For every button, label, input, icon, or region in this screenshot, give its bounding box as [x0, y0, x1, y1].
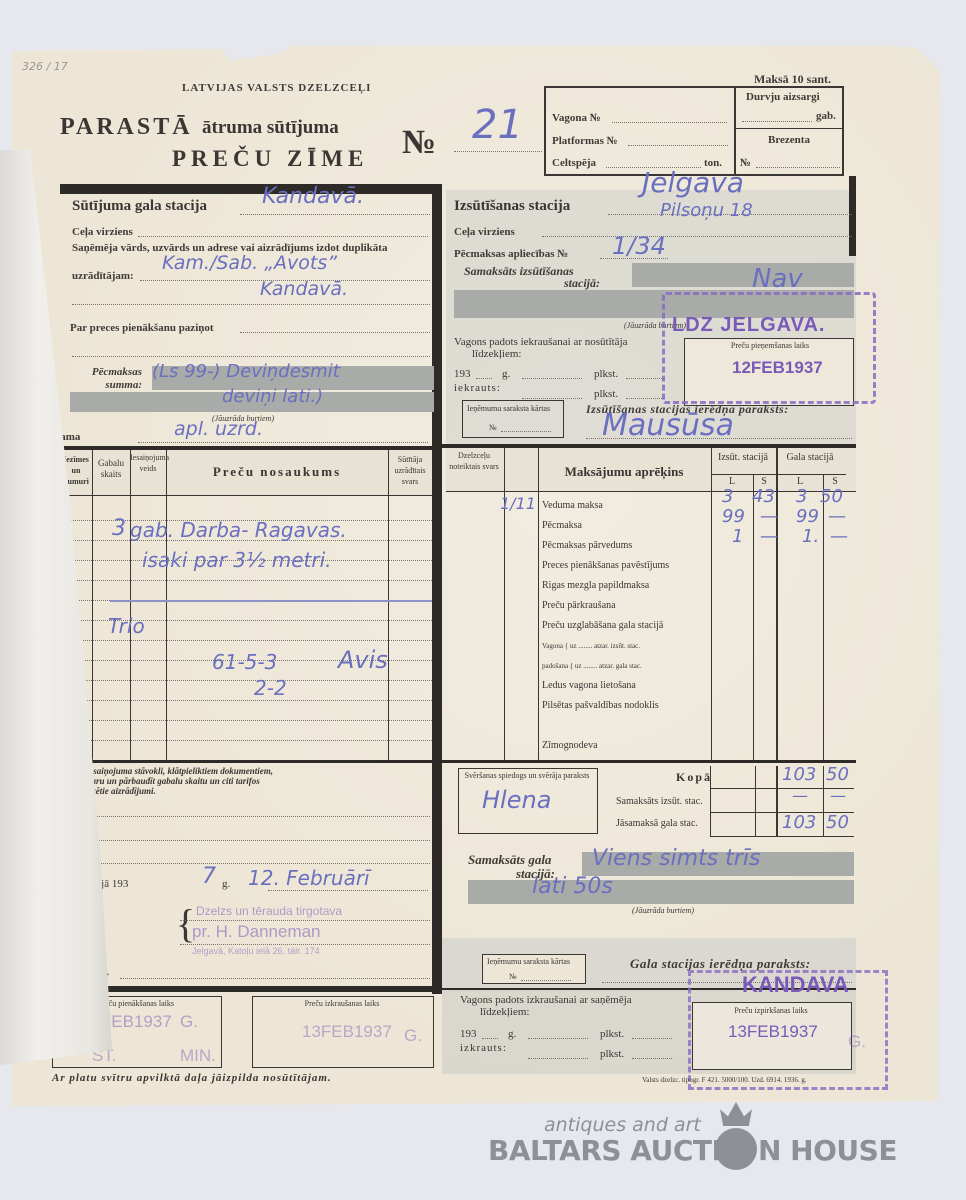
number-line — [454, 150, 542, 152]
platform-no-label: Platformas № — [552, 135, 618, 147]
waybill-number: 21 — [472, 102, 523, 148]
title-bold: PARASTĀ — [60, 114, 193, 141]
transfer-dest-l: 1. — [802, 526, 819, 547]
charge-row: Preču pārkraušana — [542, 596, 710, 616]
pcs-label: gab. — [816, 110, 836, 122]
charge-row — [542, 716, 710, 736]
weigh-box-label: Svēršanas spiedogs un svērāja paraksts — [459, 771, 595, 780]
title-rest: ātruma sūtījuma — [202, 117, 339, 139]
charge-row: Ledus vagona lietošana — [542, 676, 710, 696]
charge-row: Zīmognodeva — [542, 736, 710, 756]
payable-value: apl. uzrd. — [174, 418, 263, 440]
due-l: 103 — [782, 812, 816, 833]
charge-row: Rigas mezgla papildmaksa — [542, 576, 710, 596]
goods-row-5: 61-5-3 — [212, 650, 277, 674]
charge-row: Vagona { uz ........ atzar. izsūt. stac. — [542, 636, 710, 656]
veduma-dest-l: 3 — [796, 486, 807, 507]
g-label: g. — [502, 368, 510, 380]
kandava-stamp: KANDAVA — [742, 972, 849, 998]
paid-origin-label-1: Samaksāts izsūtīšanas — [464, 264, 574, 279]
origin-value: Jelgava — [642, 166, 744, 199]
recipient-label2: uzrādītājam: — [72, 270, 134, 282]
watermark-tagline: antiques and art — [544, 1114, 701, 1136]
number-sign: № — [402, 124, 436, 162]
total-label: Kopā — [676, 770, 712, 785]
cod-dest-l: 99 — [796, 506, 819, 527]
printer-imprint: Valsts dzelzc. tipogr. F 421. 5000/100. … — [642, 1076, 807, 1084]
loaded-label: Vagons padots iekraušanai ar nosūtītāja — [454, 336, 628, 348]
cod-cert-label: Pēcmaksas apliecības № — [454, 248, 568, 260]
acceptance-date-stamp: 12FEB1937 — [732, 358, 823, 378]
cod-value-1: (Ls 99-) Deviņdesmit — [152, 361, 340, 382]
unload-g: G. — [404, 1026, 422, 1046]
cod-label-2: summa: — [70, 379, 142, 391]
official-signature: Mausūsa — [602, 408, 734, 443]
origin-value-2: Pilsoņu 18 — [660, 200, 753, 221]
loaded-label-2: līdzekļiem: — [472, 348, 521, 360]
notify-label: Par preces pienākšanu paziņot — [70, 322, 214, 334]
col-pieces: Gabalu skaits — [92, 458, 130, 480]
rail-weight-scribble: 1/11 — [500, 494, 536, 513]
br-year: 193 — [460, 1028, 477, 1040]
price-label: Maksā 10 sant. — [754, 72, 831, 87]
charge-row: Preces pienākšanas pavēstījums — [542, 556, 710, 576]
footer-instruction: Ar platu svītru apvilktā daļa jāizpilda … — [52, 1072, 332, 1084]
submitted-g: g. — [222, 878, 230, 890]
charge-row: Veduma maksa — [542, 496, 710, 516]
sender-stamp-line-2: pr. H. Danneman — [192, 922, 321, 942]
paid-origin-value: Nav — [752, 264, 803, 294]
plkst-label-2: plkst. — [594, 388, 618, 400]
arrival-g: G. — [180, 1012, 198, 1032]
recipient-value-2: Kandavā. — [260, 278, 348, 300]
due-label: Jāsamaksā gala stac. — [616, 818, 698, 829]
veduma-dest-s: 50 — [820, 486, 843, 507]
goods-table: Iezīmes un numuri Gabalu skaits Iesaiņoj… — [60, 450, 432, 760]
cod-dest-s: — — [828, 506, 846, 527]
goods-row-2: isaki par 3½ metri. — [142, 548, 332, 572]
loaded-word: iekrauts: — [454, 382, 501, 394]
destination-value: Kandavā. — [262, 184, 364, 209]
goods-row-1: gab. Darba- Ragavas. — [130, 518, 347, 542]
redeem-stamp: 13FEB1937 — [728, 1022, 818, 1042]
dest-revenue-no: № — [509, 972, 517, 981]
col-rail-weight: Dzelzceļu noteiktais svars — [446, 450, 502, 472]
arrival-min: MIN. — [180, 1046, 216, 1066]
transfer-dest-s: — — [830, 526, 848, 547]
br-unloaded: izkrauts: — [460, 1042, 507, 1054]
transfer-origin-l: 1 — [732, 526, 743, 547]
jelgava-stamp-frame — [662, 292, 876, 404]
watermark-crown-icon — [720, 1102, 752, 1126]
cod-value-2: deviņi lati.) — [222, 386, 323, 407]
wagon-no-label: Vagona № — [552, 112, 601, 124]
watermark-name-b: N HOUSE — [758, 1134, 897, 1167]
veduma-origin-l: 3 — [722, 486, 733, 507]
redeem-g: G. — [848, 1032, 866, 1052]
col-dest-station: Gala stacijā — [777, 452, 843, 463]
door-guards-label: Durvju aizsargi — [746, 91, 820, 103]
paid-origin-s: — — [830, 786, 846, 805]
tarp-label: Brezenta — [768, 134, 810, 146]
col-sender-weight: Sūtītāja uzrādītais svars — [388, 454, 432, 487]
revenue-label: Ieņēmumu saraksta kārtas — [467, 404, 550, 413]
weigher-signature: Hlena — [482, 786, 551, 814]
submitted-date: 12. Februārī — [248, 866, 370, 890]
cod-origin-l: 99 — [722, 506, 745, 527]
paid-origin-total-label: Samaksāts izsūt. stac. — [616, 796, 703, 807]
cod-cert-value: 1/34 — [612, 232, 666, 260]
sender-stamp-line-1: Dzelzs un tērauda tirgotava — [196, 904, 342, 918]
charge-row: Pēcmaksa — [542, 516, 710, 536]
unload-label: Preču izkraušanas laiks — [253, 999, 431, 1008]
title-line2: PREČU ZĪME — [172, 146, 368, 172]
transfer-origin-s: — — [760, 526, 778, 547]
br-g: g. — [508, 1028, 516, 1040]
total-l: 103 — [782, 764, 816, 785]
goods-count: 3 — [112, 516, 126, 541]
br-plkst-2: plkst. — [600, 1048, 624, 1060]
revenue-box: Ieņēmumu saraksta kārtas № — [462, 400, 564, 438]
paid-origin-label-2: stacijā: — [564, 276, 600, 291]
jelgava-stamp: LDZ JELGAVA. — [672, 314, 825, 337]
paid-origin-l: — — [792, 786, 808, 805]
waybill-document: 326 / 17 LATVIJAS VALSTS DZELZCEĻI PARAS… — [12, 46, 940, 1106]
paid-dest-in-words: (Jāuzrāda burtiem) — [632, 906, 694, 915]
paid-dest-value-2: lati 50s — [532, 874, 613, 899]
unload-stamp: 13FEB1937 — [302, 1022, 392, 1042]
unloaded-label-2: līdzekļiem: — [480, 1006, 529, 1018]
due-s: 50 — [826, 812, 849, 833]
paid-dest-value-1: Viens simts trīs — [592, 846, 760, 871]
charge-row: Pilsētas pašvaldības nodoklis — [542, 696, 710, 716]
unloaded-label: Vagons padots izkraušanai ar saņēmēja — [460, 994, 632, 1006]
year-label: 193 — [454, 368, 471, 380]
cod-label-1: Pēcmaksas — [70, 366, 142, 378]
frame-top — [60, 184, 438, 194]
charges-labels: Veduma maksa Pēcmaksa Pēcmaksas pārvedum… — [542, 496, 710, 756]
charge-row: padošana { uz ........ atzar. gala stac. — [542, 656, 710, 676]
veduma-origin-s: 43 — [752, 486, 775, 507]
cod-origin-s: — — [760, 506, 778, 527]
revenue-no: № — [489, 423, 497, 432]
col-goods-name: Preču nosaukums — [166, 464, 388, 480]
right-route-label: Ceļa virziens — [454, 226, 515, 238]
origin-label: Izsūtīšanas stacija — [454, 198, 570, 215]
route-label: Ceļa virziens — [72, 226, 133, 238]
railway-name: LATVIJAS VALSTS DZELZCEĻI — [182, 82, 371, 94]
br-plkst: plkst. — [600, 1028, 624, 1040]
watermark-name-a: BALTARS AUCTI — [488, 1134, 721, 1167]
redeem-label: Preču izpirkšanas laiks — [693, 1006, 849, 1015]
goods-row-4: Trio — [108, 614, 145, 638]
charge-row: Pēcmaksas pārvedums — [542, 536, 710, 556]
col-packing: Iesaiņojuma veids — [130, 452, 166, 474]
goods-row-6: 2-2 — [254, 676, 287, 700]
sender-stamp-line-3: Jelgavā, Katoļu ielā 26. tālr. 174 — [192, 946, 320, 956]
charge-row: Preču uzglabāšana gala stacijā — [542, 616, 710, 636]
submitted-year: 7 — [202, 864, 216, 889]
col-charges-title: Maksājumu aprēķins — [538, 464, 710, 480]
recipient-value-1: Kam./Sab. „Avots” — [162, 252, 337, 274]
capacity-label: Celtspēja — [552, 157, 596, 169]
wagon-box: Vagona № Platformas № Celtspēja ton. Dur… — [544, 86, 844, 176]
dest-revenue-label: Ieņēmumu saraksta kārtas — [487, 957, 570, 966]
dest-revenue-box: Ieņēmumu saraksta kārtas № — [482, 954, 586, 984]
weight-note: Avis — [338, 646, 388, 674]
frame-divider — [432, 184, 442, 994]
plkst-label: plkst. — [594, 368, 618, 380]
watermark-logo-circle-icon — [715, 1128, 757, 1170]
col-origin-station: Izsūt. stacijā — [711, 452, 775, 463]
destination-label: Sūtījuma gala stacija — [72, 198, 207, 215]
pencil-note: 326 / 17 — [22, 60, 68, 73]
total-s: 50 — [826, 764, 849, 785]
